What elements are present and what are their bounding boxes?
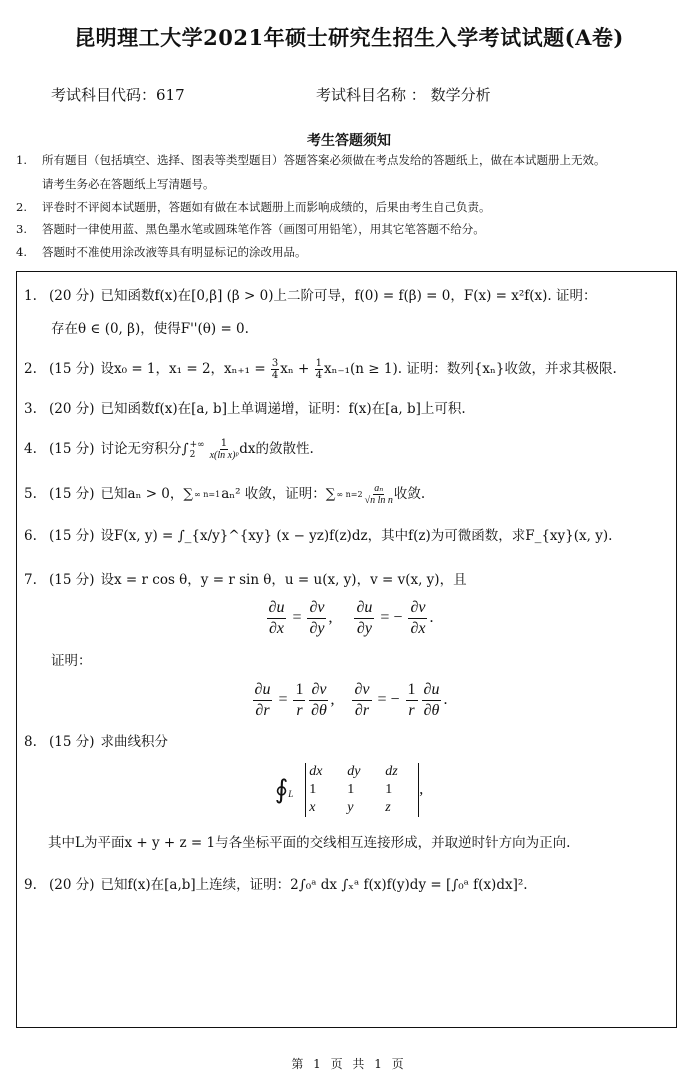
numerator: 1	[220, 438, 228, 450]
notice-num: 3.	[16, 222, 42, 237]
fraction: 1x(ln x)ᵖ	[210, 438, 239, 461]
numerator: 1	[406, 680, 418, 701]
fraction: 1r	[406, 680, 418, 721]
notice-text: 所有题目（包括填空、选择、图表等类型题目）答题答案必须做在考点发给的答题纸上，做…	[42, 153, 606, 167]
question-number: 9.	[24, 876, 49, 894]
det-cell: dx	[309, 763, 347, 781]
denominator: ∂r	[355, 701, 369, 721]
question-5: 5.(15 分)已知aₙ > 0，∑∞ n=1aₙ² 收敛，证明：∑∞ n=2a…	[24, 483, 425, 506]
question-points: (15 分)	[49, 486, 95, 502]
fraction: ∂v∂r	[352, 680, 371, 721]
notice-title: 考生答题须知	[0, 130, 698, 150]
question-points: (20 分)	[49, 288, 95, 304]
subject-code-label: 考试科目代码：	[51, 86, 156, 104]
question-points: (15 分)	[49, 361, 95, 377]
numerator: 3	[271, 358, 279, 370]
exam-title: 昆明理工大学2021年硕士研究生招生入学考试试题(A卷)	[0, 22, 698, 52]
numerator: ∂u	[354, 598, 374, 619]
fraction: ∂v∂θ	[309, 680, 328, 721]
question-points: (15 分)	[49, 572, 95, 588]
question-text: xₙ₋₁(n ≥ 1). 证明：数列{xₙ}收敛，并求其极限.	[324, 361, 617, 377]
numerator: ∂v	[352, 680, 371, 701]
question-3: 3.(20 分)已知函数f(x)在[a, b]上单调递增，证明：f(x)在[a,…	[24, 400, 466, 418]
numerator: ∂u	[267, 598, 287, 619]
question-points: (20 分)	[49, 401, 95, 417]
denominator: ∂θ	[311, 701, 327, 721]
det-cell: y	[347, 799, 385, 817]
fraction: ∂v∂x	[408, 598, 427, 639]
det-cell: 1	[347, 781, 385, 799]
notice-text: 答题时一律使用蓝、黑色墨水笔或圆珠笔作答（画图可用铅笔），用其它笔答题不给分。	[42, 222, 485, 236]
question-number: 6.	[24, 527, 49, 545]
question-text: 求曲线积分	[101, 734, 169, 750]
det-cell: x	[309, 799, 347, 817]
subject-code-value: 617	[156, 86, 185, 104]
det-cell: dz	[385, 763, 415, 781]
equation-8: ∮L dxdydz 111 xyz ,	[0, 763, 698, 817]
fraction: ∂u∂x	[267, 598, 287, 639]
question-text: 收敛.	[394, 486, 425, 502]
denominator: x(ln x)ᵖ	[210, 450, 239, 461]
notice-text: 答题时不准使用涂改液等具有明显标记的涂改用品。	[42, 245, 307, 259]
denominator: r	[408, 701, 414, 721]
question-text: 讨论无穷积分∫	[101, 441, 189, 457]
question-text: 已知函数f(x)在[0,β] (β > 0)上二阶可导，f(0) = f(β) …	[101, 288, 597, 304]
denominator: √n ln n	[365, 495, 393, 506]
lower-limit: 2	[190, 450, 196, 460]
numerator: 1	[315, 358, 323, 370]
numerator: 1	[293, 680, 305, 701]
notice-item: 2.评卷时不评阅本试题册，答题如有做在本试题册上而影响成绩的，后果由考生自己负责…	[16, 200, 491, 215]
question-text: 设x = r cos θ，y = r sin θ，u = u(x, y)，v =…	[101, 572, 467, 588]
question-number: 2.	[24, 360, 49, 378]
question-1: 1.(20 分)已知函数f(x)在[0,β] (β > 0)上二阶可导，f(0)…	[24, 287, 596, 305]
question-points: (15 分)	[49, 441, 95, 457]
page-footer: 第 1 页 共 1 页	[0, 1055, 698, 1072]
question-text: 设F(x, y) = ∫_{x/y}^{xy} (x − yz)f(z)dz，其…	[101, 528, 613, 544]
numerator: ∂u	[253, 680, 273, 701]
subject-code: 考试科目代码：617	[51, 84, 185, 105]
denominator: ∂r	[255, 701, 269, 721]
determinant: dxdydz 111 xyz	[305, 763, 419, 817]
question-number: 1.	[24, 287, 49, 305]
notice-item: 4.答题时不准使用涂改液等具有明显标记的涂改用品。	[16, 245, 307, 260]
denominator: r	[296, 701, 302, 721]
question-number: 8.	[24, 733, 49, 751]
question-6: 6.(15 分)设F(x, y) = ∫_{x/y}^{xy} (x − yz)…	[24, 527, 612, 545]
denominator: 4	[272, 370, 278, 381]
det-cell: z	[385, 799, 415, 817]
sum-limits: ∞ n=1	[194, 490, 220, 499]
question-text: 设x₀ = 1，x₁ = 2，xₙ₊₁ =	[101, 361, 270, 377]
notice-num: 4.	[16, 245, 42, 260]
question-2: 2.(15 分)设x₀ = 1，x₁ = 2，xₙ₊₁ = 34xₙ + 14x…	[24, 358, 617, 381]
notice-num: 2.	[16, 200, 42, 215]
det-cell: dy	[347, 763, 385, 781]
question-4: 4.(15 分)讨论无穷积分∫+∞21x(ln x)ᵖdx的敛散性.	[24, 438, 314, 461]
question-9: 9.(20 分)已知f(x)在[a,b]上连续，证明：2∫₀ᵃ dx ∫ₓᵃ f…	[24, 876, 528, 894]
fraction: ∂u∂θ	[422, 680, 442, 721]
subject-name: 考试科目名称 ： 数学分析	[316, 84, 491, 105]
numerator: ∂v	[309, 680, 328, 701]
det-cell: 1	[309, 781, 347, 799]
numerator: ∂u	[422, 680, 442, 701]
contour-integral-icon: ∮	[275, 775, 289, 804]
question-text: dx的敛散性.	[239, 441, 314, 457]
subject-name-value: 数学分析	[431, 86, 491, 104]
subject-name-label: 考试科目名称 ：	[316, 86, 426, 104]
question-number: 3.	[24, 400, 49, 418]
fraction: ∂u∂y	[354, 598, 374, 639]
integral-limits: +∞2	[190, 440, 205, 460]
fraction: 1r	[293, 680, 305, 721]
question-8: 8.(15 分)求曲线积分	[24, 733, 168, 751]
equation-7b: ∂u∂r = 1r∂v∂θ, ∂v∂r = − 1r∂u∂θ.	[0, 680, 698, 721]
question-text: aₙ² 收敛，证明：∑	[221, 486, 335, 502]
notice-item: 3.答题时一律使用蓝、黑色墨水笔或圆珠笔作答（画图可用铅笔），用其它笔答题不给分…	[16, 222, 485, 237]
proof-label: 证明：	[51, 652, 92, 670]
numerator: aₙ	[373, 483, 384, 495]
notice-num: 1.	[16, 153, 42, 168]
denominator: ∂x	[410, 619, 425, 639]
equation-7a: ∂u∂x = ∂v∂y, ∂u∂y = − ∂v∂x.	[0, 598, 698, 639]
question-points: (15 分)	[49, 734, 95, 750]
fraction: 14	[315, 358, 323, 381]
question-number: 7.	[24, 571, 49, 589]
denominator: ∂y	[309, 619, 324, 639]
question-number: 5.	[24, 485, 49, 503]
contour-label: L	[288, 789, 293, 799]
question-text: 已知函数f(x)在[a, b]上单调递增，证明：f(x)在[a, b]上可积.	[101, 401, 466, 417]
fraction: ∂v∂y	[307, 598, 326, 639]
question-text: 已知aₙ > 0，∑	[101, 486, 194, 502]
questions-box	[16, 271, 677, 1028]
question-text: xₙ +	[280, 361, 313, 377]
question-text: 已知f(x)在[a,b]上连续，证明：2∫₀ᵃ dx ∫ₓᵃ f(x)f(y)d…	[101, 877, 528, 893]
numerator: ∂v	[408, 598, 427, 619]
upper-limit: +∞	[190, 440, 205, 450]
question-points: (20 分)	[49, 877, 95, 893]
det-cell: 1	[385, 781, 415, 799]
denominator: ∂y	[357, 619, 372, 639]
fraction: aₙ√n ln n	[365, 483, 393, 506]
question-7: 7.(15 分)设x = r cos θ，y = r sin θ，u = u(x…	[24, 571, 467, 589]
fraction: ∂u∂r	[253, 680, 273, 721]
numerator: ∂v	[307, 598, 326, 619]
denominator: 4	[316, 370, 322, 381]
question-8-continued: 其中L为平面x + y + z = 1与各坐标平面的交线相互连接形成，并取逆时针…	[48, 834, 570, 852]
notice-text: 评卷时不评阅本试题册，答题如有做在本试题册上而影响成绩的，后果由考生自己负责。	[42, 200, 491, 214]
denominator: ∂x	[269, 619, 284, 639]
question-1-continued: 存在θ ∈ (0, β)，使得F''(θ) = 0.	[51, 320, 249, 338]
question-number: 4.	[24, 440, 49, 458]
notice-item-continued: 请考生务必在答题纸上写清题号。	[42, 177, 215, 192]
notice-item: 1.所有题目（包括填空、选择、图表等类型题目）答题答案必须做在考点发给的答题纸上…	[16, 153, 606, 168]
denominator: ∂θ	[424, 701, 440, 721]
fraction: 34	[271, 358, 279, 381]
sum-limits: ∞ n=2	[336, 490, 362, 499]
question-points: (15 分)	[49, 528, 95, 544]
